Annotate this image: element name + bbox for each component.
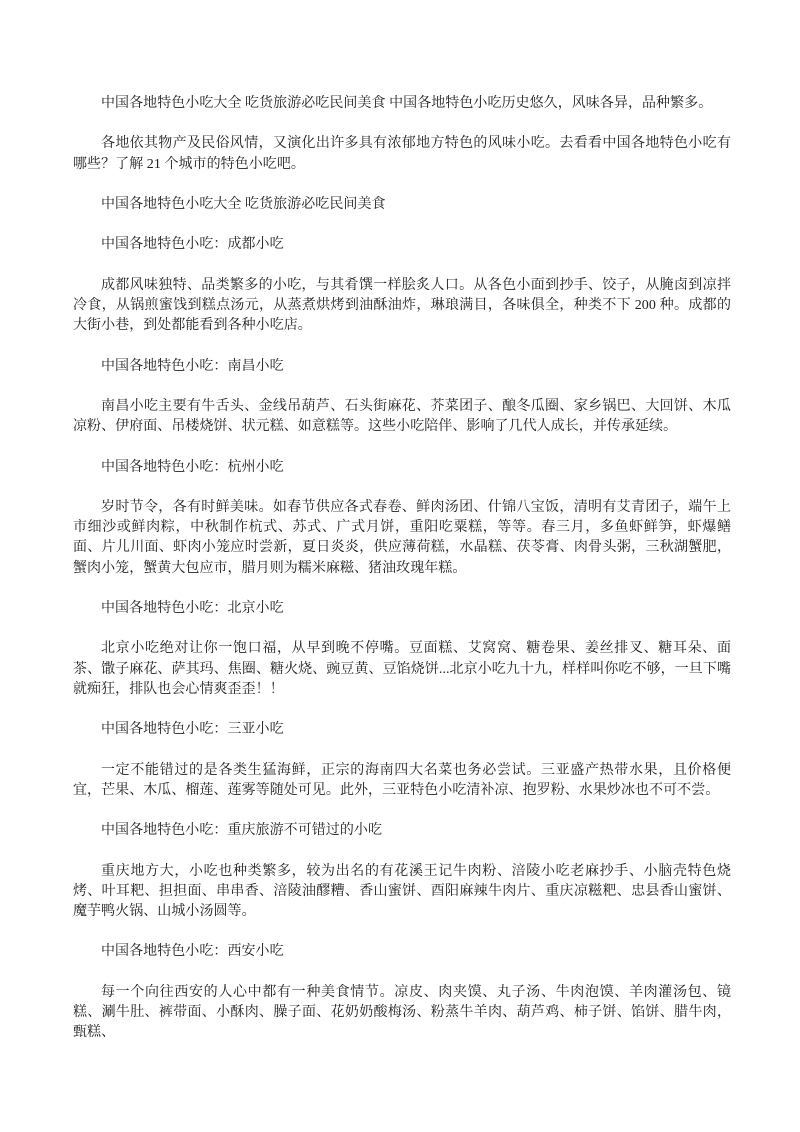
paragraph: 一定不能错过的是各类生猛海鲜，正宗的海南四大名菜也务必尝试。三亚盛产热带水果，且… xyxy=(73,761,731,801)
paragraph: 南昌小吃主要有牛舌头、金线吊葫芦、石头街麻花、芥菜团子、酿冬瓜圈、家乡锅巴、大回… xyxy=(73,397,731,437)
paragraph: 中国各地特色小吃：三亚小吃 xyxy=(73,720,731,740)
document-text-body: 中国各地特色小吃大全 吃货旅游必吃民间美食 中国各地特色小吃历史悠久，风味各异，… xyxy=(0,0,800,1063)
paragraph: 中国各地特色小吃大全 吃货旅游必吃民间美食 中国各地特色小吃历史悠久，风味各异，… xyxy=(73,94,731,114)
paragraph: 成都风味独特、品类繁多的小吃，与其肴馔一样脍炙人口。从各色小面到抄手、饺子，从腌… xyxy=(73,276,731,337)
paragraph: 中国各地特色小吃大全 吃货旅游必吃民间美食 xyxy=(73,195,731,215)
paragraph: 每一个向往西安的人心中都有一种美食情节。凉皮、肉夹馍、丸子汤、牛肉泡馍、羊肉灌汤… xyxy=(73,983,731,1044)
paragraph: 岁时节令，各有时鲜美味。如春节供应各式春卷、鲜肉汤团、什锦八宝饭，清明有艾青团子… xyxy=(73,498,731,579)
paragraph: 中国各地特色小吃：南昌小吃 xyxy=(73,357,731,377)
paragraph: 北京小吃绝对让你一饱口福，从早到晚不停嘴。豆面糕、艾窝窝、糖卷果、姜丝排叉、糖耳… xyxy=(73,639,731,700)
paragraph: 中国各地特色小吃：杭州小吃 xyxy=(73,458,731,478)
paragraph: 中国各地特色小吃：西安小吃 xyxy=(73,942,731,962)
paragraph: 中国各地特色小吃：北京小吃 xyxy=(73,599,731,619)
paragraph: 重庆地方大，小吃也种类繁多，较为出名的有花溪王记牛肉粉、涪陵小吃老麻抄手、小脑壳… xyxy=(73,862,731,923)
paragraph: 各地依其物产及民俗风情，又演化出许多具有浓郁地方特色的风味小吃。去看看中国各地特… xyxy=(73,134,731,174)
document-page: 中国各地特色小吃大全 吃货旅游必吃民间美食 中国各地特色小吃历史悠久，风味各异，… xyxy=(0,0,800,1132)
paragraph: 中国各地特色小吃：重庆旅游不可错过的小吃 xyxy=(73,821,731,841)
paragraph: 中国各地特色小吃：成都小吃 xyxy=(73,235,731,255)
